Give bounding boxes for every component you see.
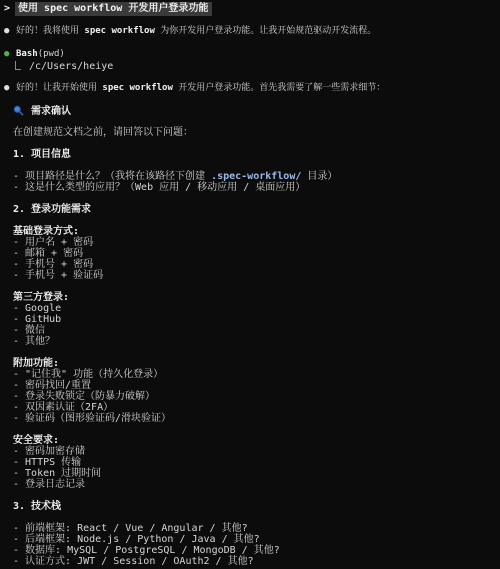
text-segment: 开发用户登录功能。首先我需要了解一些需求细节： — [173, 83, 385, 93]
message-text-line: - 数据库: MySQL / PostgreSQL / MongoDB / 其他… — [4, 545, 496, 556]
text-segment: - Token 过期时间 — [13, 468, 101, 479]
text-segment: - GitHub — [13, 314, 61, 325]
message-text-line: - 前端框架: React / Vue / Angular / 其他? — [4, 523, 496, 534]
text-segment: - 验证码（图形验证码/滑块验证） — [13, 413, 171, 424]
text-segment: 安全要求: — [13, 435, 59, 446]
text-segment: - 邮箱 + 密码 — [13, 248, 83, 259]
tool-call-line: ●Bash(pwd) — [4, 49, 16, 60]
message-text-line: 附加功能: — [4, 358, 496, 369]
text-segment: (pwd) — [38, 49, 65, 59]
text-segment: - 登录日志记录 — [13, 479, 85, 490]
text-segment: /c/Users/heiye — [29, 61, 113, 72]
blank-line — [4, 490, 496, 501]
text-segment: Bash — [16, 49, 38, 59]
tool-result-line: /c/Users/heiye — [4, 60, 496, 71]
blank-line — [4, 116, 496, 127]
blank-line — [4, 424, 496, 435]
text-segment: - 项目路径是什么？（我将在该路径下创建 — [13, 171, 211, 182]
message-text-line: - Token 过期时间 — [4, 468, 496, 479]
message-text-line: 基础登录方式: — [4, 226, 496, 237]
message-text-line: - 项目路径是什么？（我将在该路径下创建 .spec-workflow/ 目录） — [4, 171, 496, 182]
message-text-line: - GitHub — [4, 314, 496, 325]
message-text-line: - 手机号 + 验证码 — [4, 270, 496, 281]
user-command: 使用 spec workflow 开发用户登录功能 — [15, 2, 212, 16]
blank-line — [4, 138, 496, 149]
message-text-line: 在创建规范文档之前，请回答以下问题： — [4, 127, 496, 138]
assistant-message-line: ●好的！让我开始使用 spec workflow 开发用户登录功能。首先我需要了… — [4, 83, 16, 94]
blank-line — [4, 215, 496, 226]
message-text-line: - 其他？ — [4, 336, 496, 347]
section-heading: 需求确认 — [4, 105, 496, 116]
message-text-line: - 邮箱 + 密码 — [4, 248, 496, 259]
text-segment: - 这是什么类型的应用？（Web 应用 / 移动应用 / 桌面应用） — [13, 182, 305, 193]
text-segment: - 登录失败锁定（防暴力破解） — [13, 391, 155, 402]
text-segment: 目录） — [301, 171, 337, 182]
message-text-line: - 微信 — [4, 325, 496, 336]
blank-line — [4, 281, 496, 292]
text-segment: 2. 登录功能需求 — [13, 204, 91, 215]
text-segment: 基础登录方式: — [13, 226, 79, 237]
text-segment: 好的！让我开始使用 — [16, 83, 102, 93]
message-text-line: - 密码找回/重置 — [4, 380, 496, 391]
message-text-line: - 双因素认证（2FA） — [4, 402, 496, 413]
text-segment: 3. 技术栈 — [13, 501, 61, 512]
terminal-window[interactable]: >使用 spec workflow 开发用户登录功能 ●好的！我将使用 spec… — [0, 0, 500, 569]
blank-line — [4, 512, 496, 523]
blank-line — [4, 37, 496, 48]
message-text-line: 2. 登录功能需求 — [4, 204, 496, 215]
message-bullet-icon: ● — [4, 26, 16, 37]
text-segment: - Google — [13, 303, 61, 314]
inline-code: .spec-workflow/ — [211, 171, 301, 182]
message-text-line: 3. 技术栈 — [4, 501, 496, 512]
blank-line — [4, 193, 496, 204]
text-segment: 第三方登录: — [13, 292, 69, 303]
blank-line — [4, 160, 496, 171]
result-connector-icon — [15, 61, 21, 70]
prompt-caret: > — [4, 3, 10, 14]
text-segment: - 密码找回/重置 — [13, 380, 91, 391]
message-text-line: 第三方登录: — [4, 292, 496, 303]
message-text-line: - Google — [4, 303, 496, 314]
message-text-line: - 密码加密存储 — [4, 446, 496, 457]
message-text-line: - 手机号 + 密码 — [4, 259, 496, 270]
message-text-line: - HTTPS 传输 — [4, 457, 496, 468]
text-segment: 使用 spec workflow 开发用户登录功能 — [18, 3, 208, 14]
user-prompt-line: >使用 spec workflow 开发用户登录功能 — [4, 3, 496, 14]
text-segment: - 双因素认证（2FA） — [13, 402, 113, 413]
text-segment: 在创建规范文档之前，请回答以下问题： — [13, 127, 193, 138]
tool-status-bullet-icon: ● — [4, 49, 16, 60]
message-text-line: - "记住我" 功能（持久化登录） — [4, 369, 496, 380]
text-segment: - 密码加密存储 — [13, 446, 85, 457]
blank-line — [4, 71, 496, 82]
text-segment: - 数据库: MySQL / PostgreSQL / MongoDB / 其他… — [13, 545, 280, 556]
text-segment: 为你开发用户登录功能。让我开始规范驱动开发流程。 — [155, 26, 376, 36]
text-segment: - 微信 — [13, 325, 45, 336]
message-text-line: 1. 项目信息 — [4, 149, 496, 160]
text-segment: spec workflow — [84, 26, 154, 36]
text-segment: 好的！我将使用 — [16, 26, 84, 36]
message-text-line: - 用户名 + 密码 — [4, 237, 496, 248]
search-icon — [13, 105, 24, 116]
message-bullet-icon: ● — [4, 83, 16, 94]
text-segment: - 认证方式: JWT / Session / OAuth2 / 其他? — [13, 556, 254, 567]
text-segment: spec workflow — [102, 83, 172, 93]
message-text-line: - 登录日志记录 — [4, 479, 496, 490]
assistant-message-line: ●好的！我将使用 spec workflow 为你开发用户登录功能。让我开始规范… — [4, 26, 16, 37]
message-text-line: - 验证码（图形验证码/滑块验证） — [4, 413, 496, 424]
text-segment: - "记住我" 功能（持久化登录） — [13, 369, 163, 380]
text-segment: - 用户名 + 密码 — [13, 237, 93, 248]
text-segment: 附加功能: — [13, 358, 59, 369]
text-segment: - HTTPS 传输 — [13, 457, 81, 468]
text-segment: 需求确认 — [31, 106, 71, 117]
message-text-line: - 登录失败锁定（防暴力破解） — [4, 391, 496, 402]
message-text-line: 安全要求: — [4, 435, 496, 446]
text-segment: - 手机号 + 密码 — [13, 259, 93, 270]
text-segment: - 前端框架: React / Vue / Angular / 其他? — [13, 523, 248, 534]
text-segment: 1. 项目信息 — [13, 149, 71, 160]
message-text-line: - 后端框架: Node.js / Python / Java / 其他? — [4, 534, 496, 545]
text-segment: - 其他？ — [13, 336, 55, 347]
blank-line — [4, 94, 496, 105]
blank-line — [4, 347, 496, 358]
text-segment: - 手机号 + 验证码 — [13, 270, 103, 281]
text-segment: - 后端框架: Node.js / Python / Java / 其他? — [13, 534, 260, 545]
message-text-line: - 认证方式: JWT / Session / OAuth2 / 其他? — [4, 556, 496, 567]
message-text-line: - 这是什么类型的应用？（Web 应用 / 移动应用 / 桌面应用） — [4, 182, 496, 193]
